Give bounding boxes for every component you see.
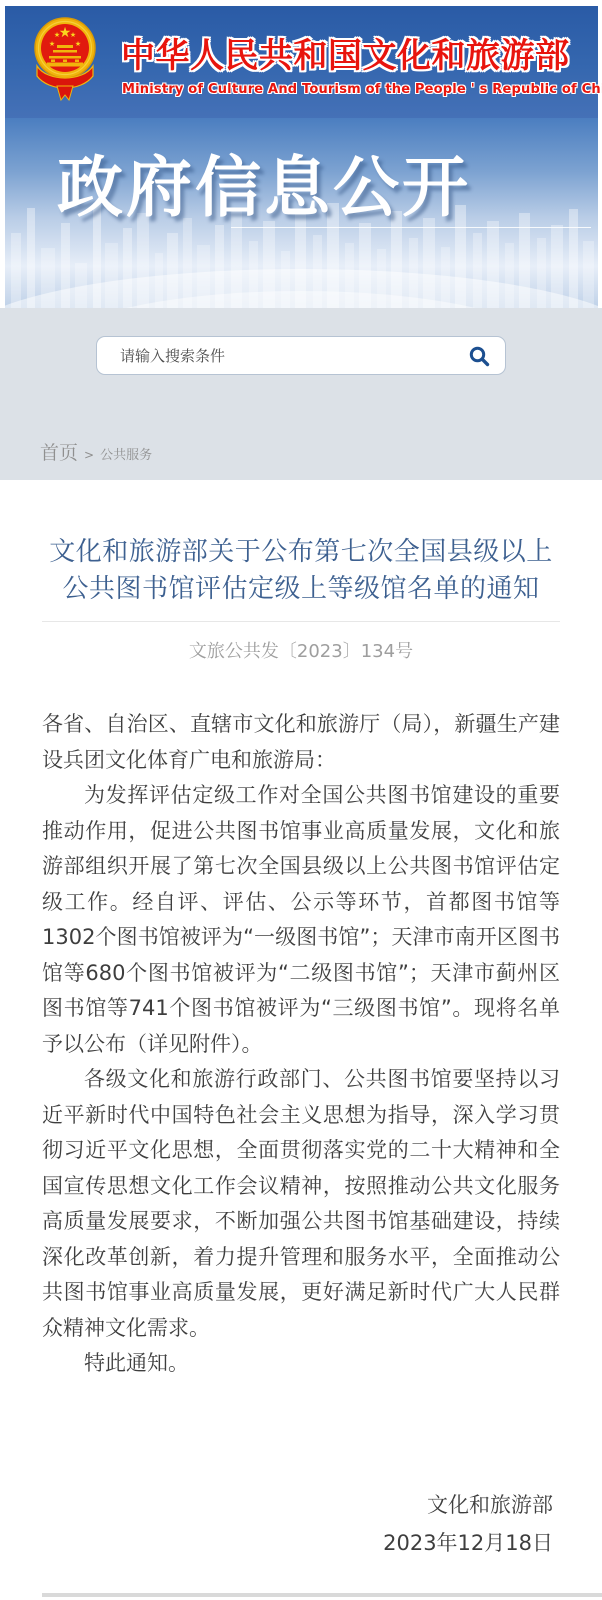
signature-block: 文化和旅游部 2023年12月18日 xyxy=(0,1486,602,1562)
search-icon[interactable] xyxy=(467,344,491,368)
paragraph-1: 为发挥评估定级工作对全国公共图书馆建设的重要推动作用，促进公共图书馆事业高质量发… xyxy=(42,778,560,1062)
salutation: 各省、自治区、直辖市文化和旅游厅（局），新疆生产建设兵团文化体育广电和旅游局： xyxy=(42,707,560,778)
title-divider xyxy=(42,621,560,622)
search-box[interactable] xyxy=(96,336,506,375)
notice-title: 文化和旅游部关于公布第七次全国县级以上 公共图书馆评估定级上等级馆名单的通知 xyxy=(20,534,582,608)
notice-body: 各省、自治区、直辖市文化和旅游厅（局），新疆生产建设兵团文化体育广电和旅游局： … xyxy=(0,707,602,1382)
notice-title-line1: 文化和旅游部关于公布第七次全国县级以上 xyxy=(20,534,582,571)
notice-document: 文化和旅游部关于公布第七次全国县级以上 公共图书馆评估定级上等级馆名单的通知 文… xyxy=(0,480,602,1600)
svg-text:★: ★ xyxy=(70,31,76,39)
svg-text:★: ★ xyxy=(54,31,60,39)
search-input[interactable] xyxy=(118,346,467,366)
breadcrumb-separator: > xyxy=(84,448,94,462)
paragraph-2: 各级文化和旅游行政部门、公共图书馆要坚持以习近平新时代中国特色社会主义思想为指导… xyxy=(42,1062,560,1346)
site-header: ★ ★ ★ ★ ★ 中华人民共和国文化和旅游部 Ministry of Cult… xyxy=(5,6,598,118)
breadcrumb-current: 公共服务 xyxy=(100,444,152,463)
signer-name: 文化和旅游部 xyxy=(0,1486,553,1524)
notice-title-line2: 公共图书馆评估定级上等级馆名单的通知 xyxy=(20,571,582,608)
closing-line: 特此通知。 xyxy=(42,1346,560,1382)
signature-date: 2023年12月18日 xyxy=(0,1524,553,1562)
breadcrumb: 首页 > 公共服务 xyxy=(40,438,152,465)
svg-text:★: ★ xyxy=(75,40,81,48)
page: ★ ★ ★ ★ ★ 中华人民共和国文化和旅游部 Ministry of Cult… xyxy=(0,0,602,1600)
gov-info-banner: 政府信息公开 xyxy=(5,118,598,308)
search-section: 首页 > 公共服务 xyxy=(0,308,602,480)
bottom-divider xyxy=(42,1593,602,1597)
ministry-name-en: Ministry of Culture And Tourism of the P… xyxy=(122,82,602,97)
banner-title: 政府信息公开 xyxy=(5,134,598,229)
national-emblem-icon: ★ ★ ★ ★ ★ xyxy=(33,16,97,108)
document-number: 文旅公共发〔2023〕134号 xyxy=(0,637,602,663)
ministry-name-cn: 中华人民共和国文化和旅游部 xyxy=(121,28,570,77)
breadcrumb-home-link[interactable]: 首页 xyxy=(40,438,78,465)
svg-text:★: ★ xyxy=(49,40,55,48)
